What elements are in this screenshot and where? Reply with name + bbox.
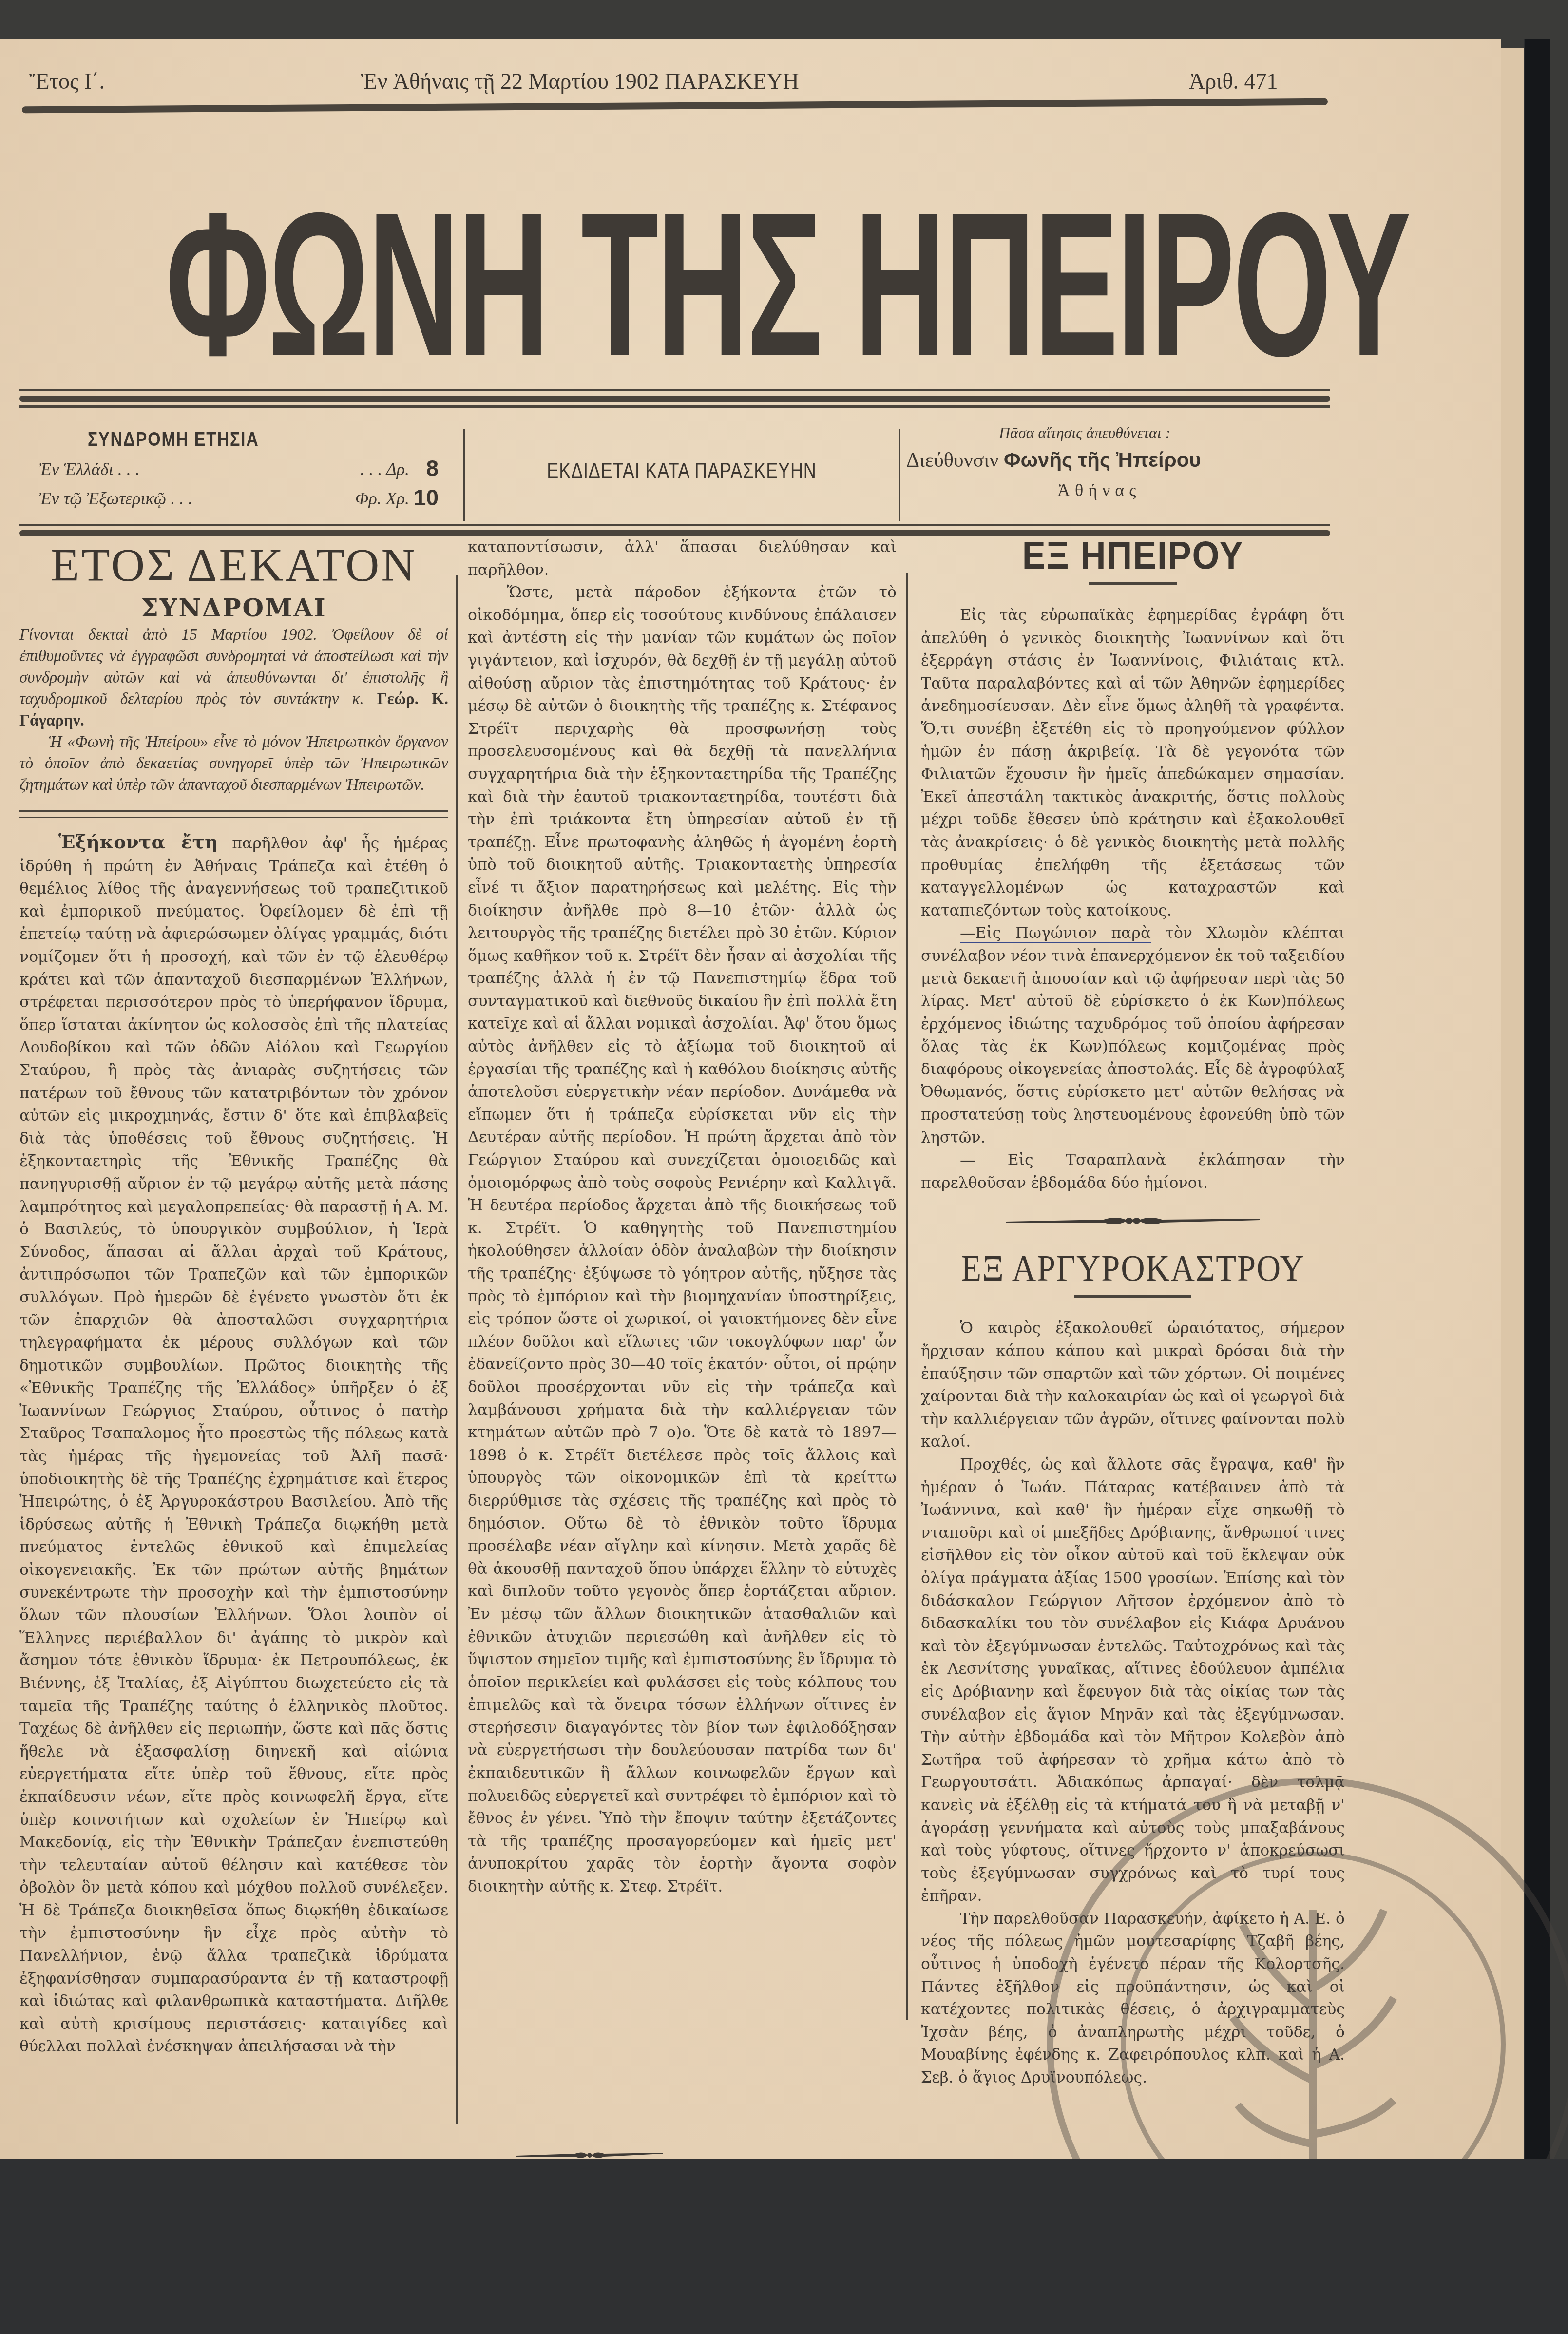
notice-paragraph: Ἡ «Φωνὴ τῆς Ἠπείρου» εἶνε τὸ μόνον Ἠπειρ… — [19, 731, 448, 796]
publication-box: ΕΚΔΙΔΕΤΑΙ ΚΑΤΑ ΠΑΡΑΣΚΕΥΗΝ — [463, 429, 900, 521]
book-binding-spine — [1524, 39, 1550, 2280]
contact-city: Ἀθήνας — [1057, 480, 1141, 500]
section-ornament — [1006, 1214, 1260, 1227]
header-rule — [22, 98, 1328, 113]
masthead-rule-1 — [19, 389, 1330, 391]
subscription-row-abroad: Ἐν τῷ Ἐξωτερικῷ . . . Φρ. Χρ. 10 — [39, 488, 439, 509]
subscription-unit: . . . Δρ. — [360, 459, 409, 479]
article-paragraph: Ὥστε, μετὰ πάροδον ἑξήκοντα ἐτῶν τὸ οἰκο… — [468, 581, 897, 1898]
masthead-title: ΦΩΝΗ ΤΗΣ ΗΠΕΙΡΟΥ — [166, 178, 1193, 392]
subscription-box: ΣΥΝΔΡΟΜΗ ΕΤΗΣΙΑ Ἐν Ἑλλάδι . . . . . . Δρ… — [19, 429, 458, 521]
newspaper-page: Ἔτος Ι΄. Ἐν Ἀθήναις τῇ 22 Μαρτίου 1902 Π… — [0, 39, 1501, 2159]
dateline: Ἐν Ἀθήναις τῇ 22 Μαρτίου 1902 ΠΑΡΑΣΚΕΥΗ — [361, 68, 799, 94]
subscription-title: ΣΥΝΔΡΟΜΗ ΕΤΗΣΙΑ — [88, 429, 259, 451]
band-rule-1 — [19, 524, 1330, 526]
column-divider-1 — [456, 575, 458, 2124]
year-label: Ἔτος Ι΄. — [29, 68, 105, 94]
subscription-row-domestic: Ἐν Ἑλλάδι . . . . . . Δρ. 8 — [39, 459, 439, 479]
issue-number: Ἀριθ. 471 — [1189, 68, 1278, 94]
masthead-rule-2 — [19, 396, 1330, 402]
section-heading-argyrokastro: ΕΞ ΑΡΓΥΡΟΚΑΣΤΡΟΥ — [942, 1244, 1324, 1293]
heading-underline — [1089, 582, 1177, 585]
subscription-label: Ἐν τῷ Ἐξωτερικῷ . . . — [39, 489, 192, 508]
ink-underlined-text: —Εἰς Πωγώνιον παρὰ — [960, 924, 1151, 943]
page-edge — [1500, 48, 1524, 2160]
header-strip: Ἔτος Ι΄. Ἐν Ἀθήναις τῇ 22 Μαρτίου 1902 Π… — [19, 68, 1306, 97]
subscription-label: Ἐν Ἑλλάδι . . . — [39, 459, 140, 479]
info-band: ΣΥΝΔΡΟΜΗ ΕΤΗΣΙΑ Ἐν Ἑλλάδι . . . . . . Δρ… — [19, 429, 1306, 521]
subscription-unit: Φρ. Χρ. — [355, 488, 409, 509]
subscription-price: 10 — [414, 484, 439, 511]
contact-intro: Πᾶσα αἴτησις ἀπευθύνεται : — [999, 424, 1170, 442]
article-bank-anniversary: Ἑξήκοντα ἔτη παρῆλθον ἀφ' ἧς ἡμέρας ἱδρύ… — [19, 831, 448, 2058]
heading-underline — [1074, 1295, 1191, 1298]
double-rule — [19, 810, 448, 818]
news-paragraph: — Εἰς Τσαραπλανὰ ἐκλάπησαν τὴν παρελθοῦσ… — [921, 1149, 1345, 1194]
news-paragraph: Ὁ καιρὸς ἐξακολουθεῖ ὡραιότατος, σήμερον… — [921, 1317, 1345, 1454]
article-continued: καταποντίσωσιν, ἀλλ' ἅπασαι διελύθησαν κ… — [468, 536, 897, 581]
news-paragraph: Τὴν παρελθοῦσαν Παρασκευήν, ἀφίκετο ἡ Α.… — [921, 1908, 1345, 2089]
section-subheading-subscriptions: ΣΥΝΔΡΟΜΑΙ — [19, 592, 448, 624]
subscription-notice: Γίνονται δεκταὶ ἀπὸ 15 Μαρτίου 1902. Ὀφε… — [19, 624, 448, 796]
subscription-price: 8 — [426, 455, 439, 481]
column-2: καταποντίσωσιν, ἀλλ' ἅπασαι διελύθησαν κ… — [468, 536, 897, 1898]
contact-paper: Φωνῆς τῆς Ἠπείρου — [1004, 448, 1201, 471]
section-heading-year: ΕΤΟΣ ΔΕΚΑΤΟΝ — [19, 538, 448, 592]
contact-box: Πᾶσα αἴτησις ἀπευθύνεται : Διεύθυνσιν Φω… — [901, 429, 1306, 521]
news-paragraph: Προχθές, ὡς καὶ ἄλλοτε σᾶς ἔγραψα, καθ' … — [921, 1454, 1345, 1908]
scan-background-bottom — [0, 2159, 1568, 2334]
section-heading-epirus: ΕΞ ΗΠΕΙΡΟΥ — [942, 531, 1324, 580]
news-paragraph: Εἰς τὰς εὐρωπαϊκὰς ἐφημερίδας ἐγράφη ὅτι… — [921, 604, 1345, 922]
column-3: ΕΞ ΗΠΕΙΡΟΥ Εἰς τὰς εὐρωπαϊκὰς ἐφημερίδας… — [921, 531, 1345, 2089]
column-1: ΕΤΟΣ ΔΕΚΑΤΟΝ ΣΥΝΔΡΟΜΑΙ Γίνονται δεκταὶ ἀ… — [19, 538, 448, 2058]
contact-prefix: Διεύθυνσιν — [906, 449, 999, 472]
publication-note: ΕΚΔΙΔΕΤΑΙ ΚΑΤΑ ΠΑΡΑΣΚΕΥΗΝ — [504, 459, 860, 483]
article-lead: Ἑξήκοντα ἔτη — [58, 831, 218, 853]
news-text: τὸν Χλωμὸν κλέπται συνέλαβον νέον τινὰ ἐ… — [921, 924, 1345, 1146]
news-paragraph: —Εἰς Πωγώνιον παρὰ τὸν Χλωμὸν κλέπται συ… — [921, 922, 1345, 1149]
contact-address: Διεύθυνσιν Φωνῆς τῆς Ἠπείρου — [906, 448, 1201, 472]
masthead-rule-3 — [19, 405, 1330, 408]
article-text: παρῆλθον ἀφ' ἧς ἡμέρας ἱδρύθη ἡ πρώτη ἐν… — [19, 835, 448, 2055]
column-divider-2 — [906, 573, 908, 2020]
scan-background-top — [0, 0, 1568, 40]
